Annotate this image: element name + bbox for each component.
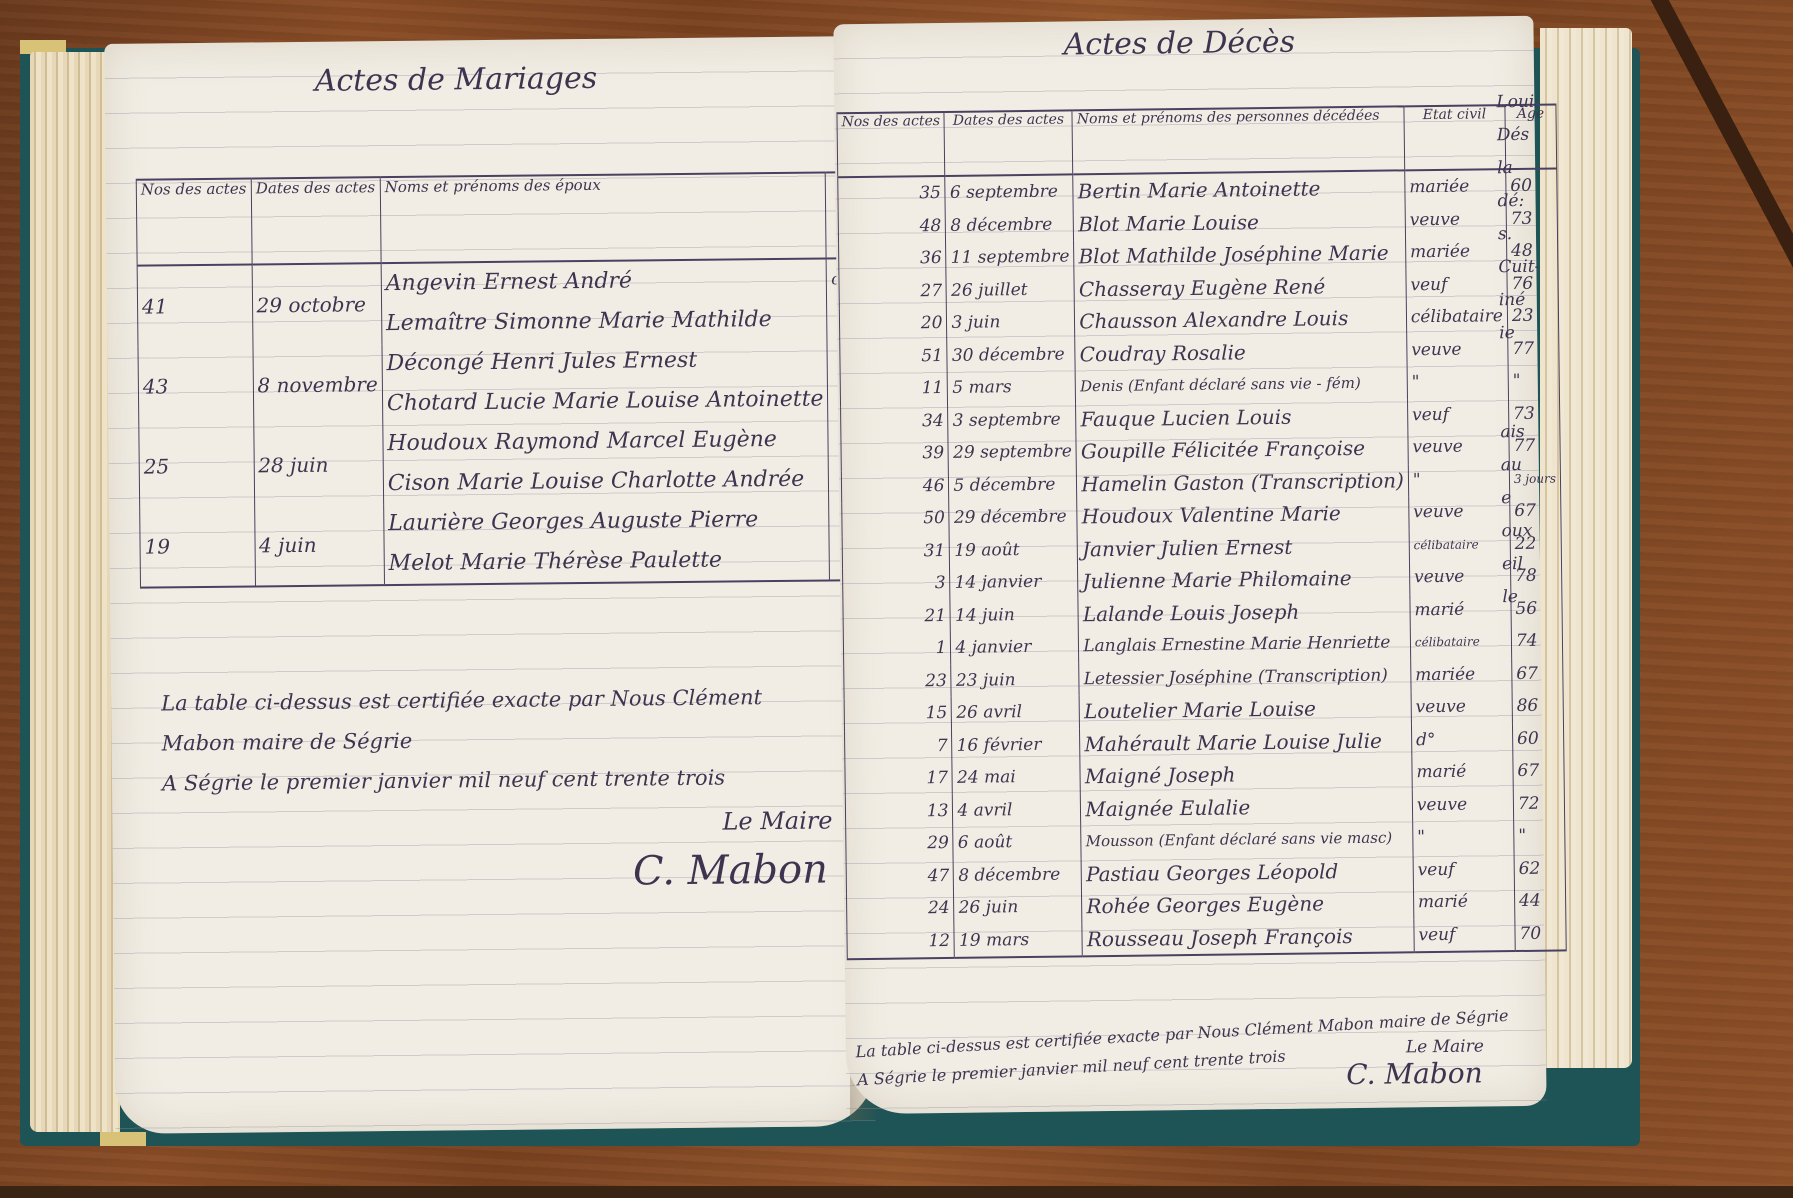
deceased-name: Rousseau Joseph François — [1082, 919, 1414, 957]
deceased-name: Maignée Eulalie — [1081, 789, 1413, 826]
etat-civil: veuve — [1409, 495, 1510, 529]
deceased-name: Coudray Rosalie — [1075, 334, 1407, 371]
act-number: 43 — [138, 345, 253, 426]
death-table: Nos des actes Dates des actes Noms et pr… — [836, 103, 1566, 960]
etat-civil: célibataire — [1410, 625, 1511, 659]
act-date: 29 septembre — [948, 435, 1076, 469]
act-number: 23 — [844, 664, 952, 698]
deceased-name: Loutelier Marie Louise — [1079, 691, 1411, 728]
column-header-date: Dates des actes — [944, 110, 1073, 176]
act-number: 29 — [846, 827, 954, 861]
spouse-name: Laurière Georges Auguste Pierre — [388, 499, 825, 544]
deceased-name: Mahérault Marie Louise Julie — [1080, 724, 1412, 761]
act-date: 29 décembre — [949, 500, 1077, 534]
act-number: 51 — [840, 339, 948, 373]
etat-civil: " — [1407, 365, 1508, 399]
act-date: 8 novembre — [252, 344, 382, 425]
etat-civil: mariée — [1411, 658, 1512, 692]
deceased-name: Fauque Lucien Louis — [1076, 399, 1408, 436]
deceased-name: Denis (Enfant déclaré sans vie - fém) — [1075, 366, 1407, 403]
signature-title: Le Maire — [722, 806, 832, 835]
deceased-name: Maigné Joseph — [1080, 756, 1412, 793]
age: 67 — [1512, 657, 1563, 690]
spouse-name: Houdoux Raymond Marcel Eugène — [387, 419, 824, 464]
column-header-spouses: Noms et prénoms des époux — [380, 172, 826, 263]
etat-civil: veuve — [1412, 788, 1513, 822]
act-date: 19 août — [950, 533, 1078, 567]
table-row: 25 28 juin Houdoux Raymond Marcel Eugène… — [139, 418, 925, 506]
act-date: 26 juin — [954, 890, 1082, 924]
etat-civil: célibataire — [1406, 300, 1507, 334]
act-number: 15 — [844, 697, 952, 731]
act-number: 20 — [839, 307, 947, 341]
deceased-name: Rohée Georges Eugène — [1082, 886, 1414, 923]
certification-text: La table ci-dessus est certifiée exacte … — [161, 677, 763, 803]
column-header-num: Nos des actes — [136, 178, 251, 265]
act-number: 17 — [845, 762, 953, 796]
table-row: 41 29 octobre Angevin Ernest AndréLemaît… — [137, 257, 923, 346]
spouse-name: Cison Marie Louise Charlotte Andrée — [388, 459, 825, 504]
spouse-name: Lemaître Simonne Marie Mathilde — [386, 300, 823, 345]
etat-civil: veuve — [1408, 430, 1509, 464]
etat-civil: " — [1408, 463, 1509, 497]
act-number: 48 — [838, 209, 946, 243]
act-date: 4 juin — [254, 504, 384, 586]
etat-civil: d° — [1411, 723, 1512, 757]
act-number: 3 — [843, 567, 951, 601]
age: 67 — [1513, 754, 1564, 787]
act-number: 1 — [843, 632, 951, 666]
deceased-name: Letessier Joséphine (Transcription) — [1079, 659, 1411, 696]
act-number: 21 — [843, 599, 951, 633]
age: 74 — [1511, 624, 1562, 657]
spouse-name: Chotard Lucie Marie Louise Antoinette — [387, 379, 824, 424]
spouse-name: Melot Marie Thérèse Paulette — [388, 539, 825, 584]
column-header-date: Dates des actes — [251, 177, 381, 264]
age: " — [1514, 819, 1565, 852]
act-date: 29 octobre — [252, 263, 382, 345]
deceased-name: Janvier Julien Ernest — [1077, 529, 1409, 566]
deceased-name: Blot Mathilde Joséphine Marie — [1074, 236, 1406, 273]
etat-civil: veuve — [1409, 560, 1510, 594]
act-number: 11 — [840, 372, 948, 406]
age: 86 — [1512, 689, 1563, 722]
right-page-deaths: Actes de Décès Nos des actes Dates des a… — [833, 16, 1546, 1114]
act-date: 19 mars — [954, 923, 1082, 958]
etat-civil: marié — [1412, 755, 1513, 789]
act-number: 36 — [839, 242, 947, 276]
act-number: 13 — [845, 794, 953, 828]
act-date: 26 avril — [952, 695, 1080, 729]
act-date: 5 décembre — [949, 468, 1077, 502]
act-date: 26 juillet — [946, 273, 1074, 307]
age: 44 — [1514, 884, 1565, 917]
spouse-name: Décongé Henri Jules Ernest — [386, 340, 823, 385]
act-number: 46 — [841, 469, 949, 503]
deceased-name: Hamelin Gaston (Transcription) — [1077, 464, 1409, 501]
act-date: 14 juin — [950, 598, 1078, 632]
act-number: 35 — [838, 176, 946, 211]
etat-civil: veuve — [1407, 333, 1508, 367]
etat-civil: " — [1413, 820, 1514, 854]
act-date: 28 juin — [253, 424, 383, 505]
etat-civil: veuve — [1411, 690, 1512, 724]
deceased-name: Houdoux Valentine Marie — [1077, 496, 1409, 533]
deceased-name: Chasseray Eugène René — [1074, 269, 1406, 306]
act-number: 12 — [847, 924, 955, 959]
signature-title: Le Maire — [1406, 1036, 1484, 1057]
deceased-name: Julienne Marie Philomaine — [1078, 561, 1410, 598]
column-header-num: Nos des actes — [837, 112, 945, 177]
act-number: 24 — [846, 892, 954, 926]
spouse-name: Angevin Ernest André — [385, 260, 822, 305]
etat-civil: célibataire — [1409, 528, 1510, 562]
brass-corner — [100, 1132, 146, 1146]
left-page-marriages: Actes de Mariages Nos des actes Dates de… — [104, 36, 875, 1134]
act-date: 6 août — [953, 825, 1081, 859]
etat-civil: marié — [1413, 885, 1514, 919]
desk-edge — [0, 1186, 1793, 1198]
deceased-name: Chausson Alexandre Louis — [1075, 301, 1407, 338]
deceased-name: Lalande Louis Joseph — [1078, 594, 1410, 631]
etat-civil: veuf — [1406, 268, 1507, 302]
deceased-name: Mousson (Enfant déclaré sans vie masc) — [1081, 821, 1413, 858]
act-date: 24 mai — [952, 760, 1080, 794]
act-date: 14 janvier — [950, 565, 1078, 599]
act-date: 8 décembre — [946, 208, 1074, 242]
act-number: 19 — [140, 505, 255, 587]
act-number: 50 — [842, 502, 950, 536]
page-title: Actes de Mariages — [315, 61, 598, 99]
act-date: 3 juin — [947, 305, 1075, 339]
table-row: 43 8 novembre Décongé Henri Jules Ernest… — [138, 338, 924, 426]
etat-civil: marié — [1410, 593, 1511, 627]
etat-civil: veuf — [1413, 853, 1514, 887]
etat-civil: mariée — [1405, 169, 1506, 204]
etat-civil: mariée — [1405, 235, 1506, 269]
act-number: 41 — [137, 264, 252, 346]
age: 70 — [1515, 917, 1566, 951]
page-title: Actes de Décès — [1063, 25, 1295, 63]
act-date: 30 décembre — [947, 338, 1075, 372]
marriage-table: Nos des actes Dates des actes Noms et pr… — [136, 170, 926, 588]
etat-civil: veuve — [1405, 203, 1506, 237]
act-date: 16 février — [952, 728, 1080, 762]
deceased-name: Goupille Félicitée Françoise — [1076, 431, 1408, 468]
deceased-name: Pastiau Georges Léopold — [1081, 854, 1413, 891]
act-number: 31 — [842, 534, 950, 568]
age: 72 — [1513, 787, 1564, 820]
mayor-signature: C. Mabon — [633, 846, 828, 894]
deceased-name: Bertin Marie Antoinette — [1073, 170, 1405, 208]
act-number: 39 — [841, 437, 949, 471]
act-date: 5 mars — [948, 370, 1076, 404]
mayor-signature: C. Mabon — [1346, 1056, 1483, 1091]
act-number: 27 — [839, 274, 947, 308]
etat-civil: veuf — [1414, 918, 1515, 953]
deceased-name: Blot Marie Louise — [1073, 204, 1405, 241]
act-date: 3 septembre — [948, 403, 1076, 437]
column-header-etat-civil: Etat civil — [1404, 105, 1506, 170]
age: 60 — [1512, 722, 1563, 755]
act-number: 47 — [846, 859, 954, 893]
etat-civil: veuf — [1407, 398, 1508, 432]
column-header-names: Noms et prénoms des personnes décédées — [1072, 106, 1404, 174]
act-date: 4 avril — [953, 793, 1081, 827]
act-date: 23 juin — [951, 663, 1079, 697]
act-number: 25 — [139, 425, 254, 506]
act-date: 6 septembre — [945, 174, 1073, 209]
table-row: 19 4 juin Laurière Georges Auguste Pierr… — [140, 498, 926, 587]
act-date: 8 décembre — [954, 858, 1082, 892]
act-date: 4 janvier — [951, 630, 1079, 664]
act-date: 11 septembre — [946, 240, 1074, 274]
deceased-name: Langlais Ernestine Marie Henriette — [1079, 626, 1411, 663]
age: 62 — [1514, 852, 1565, 885]
act-number: 34 — [841, 404, 949, 438]
act-number: 7 — [844, 729, 952, 763]
margin-fragments: Louis Dés la dé: s. Cuit- iné ie ais au … — [1496, 86, 1542, 614]
